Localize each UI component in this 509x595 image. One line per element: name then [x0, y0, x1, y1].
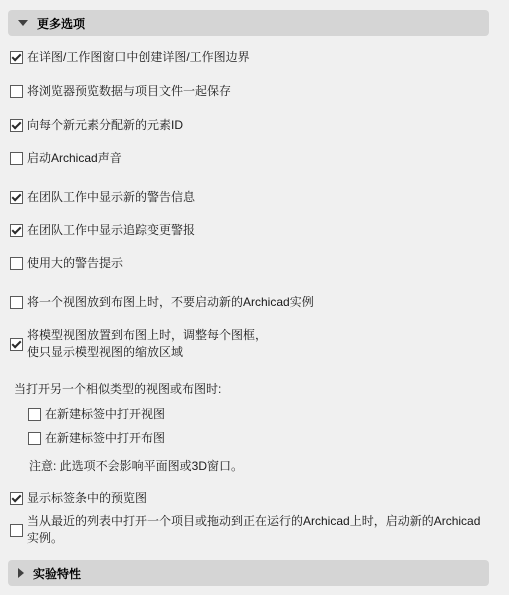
assign-new-element-id-checkbox[interactable] — [10, 119, 23, 132]
section-title-more-options: 更多选项 — [37, 15, 85, 32]
checkbox-label: 在详图/工作图窗口中创建详图/工作图边界 — [27, 49, 250, 65]
open-layout-in-new-tab-checkbox[interactable] — [28, 432, 41, 445]
open-similar-note: 注意: 此选项不会影响平面图或3D窗口。 — [29, 458, 501, 474]
checkbox-row-open-view-in-new-tab[interactable]: 在新建标签中打开视图 — [28, 406, 501, 422]
checkbox-label: 在新建标签中打开布图 — [45, 430, 165, 446]
tab-bar-previews-checkbox[interactable] — [10, 492, 23, 505]
large-warning-tooltips-checkbox[interactable] — [10, 257, 23, 270]
archicad-sounds-checkbox[interactable] — [10, 152, 23, 165]
section-header-experimental[interactable]: 实验特性 — [8, 560, 489, 586]
new-instance-on-recent-open-checkbox[interactable] — [10, 524, 23, 537]
checkbox-label: 在团队工作中显示新的警告信息 — [27, 189, 195, 205]
checkbox-label: 显示标签条中的预览图 — [27, 490, 147, 506]
checkbox-row-archicad-sounds[interactable]: 启动Archicad声音 — [10, 150, 501, 166]
preferences-panel: 更多选项 在详图/工作图窗口中创建详图/工作图边界 将浏览器预览数据与项目文件一… — [0, 0, 509, 586]
checkbox-row-save-navigator-preview[interactable]: 将浏览器预览数据与项目文件一起保存 — [10, 83, 501, 99]
checkbox-row-assign-new-element-id[interactable]: 向每个新元素分配新的元素ID — [10, 117, 501, 133]
checkbox-label: 将模型视图放置到布图上时，调整每个图框， 使只显示模型视图的缩放区域 — [27, 327, 267, 361]
section-title-experimental: 实验特性 — [33, 565, 81, 582]
checkbox-label: 当从最近的列表中打开一个项目或拖动到正在运行的Archicad上时，启动新的Ar… — [27, 513, 480, 547]
checkbox-row-teamwork-track-changes[interactable]: 在团队工作中显示追踪变更警报 — [10, 222, 501, 238]
teamwork-track-changes-checkbox[interactable] — [10, 224, 23, 237]
section-header-more-options[interactable]: 更多选项 — [8, 10, 489, 36]
checkbox-row-new-instance-on-recent-open[interactable]: 当从最近的列表中打开一个项目或拖动到正在运行的Archicad上时，启动新的Ar… — [10, 513, 501, 547]
checkbox-row-tab-bar-previews[interactable]: 显示标签条中的预览图 — [10, 490, 501, 506]
adjust-drawing-frame-checkbox[interactable] — [10, 338, 23, 351]
open-view-in-new-tab-checkbox[interactable] — [28, 408, 41, 421]
checkbox-label: 使用大的警告提示 — [27, 255, 123, 271]
checkbox-label: 启动Archicad声音 — [27, 150, 122, 166]
checkbox-label: 向每个新元素分配新的元素ID — [27, 117, 183, 133]
triangle-right-icon — [18, 568, 24, 578]
more-options-rows: 在详图/工作图窗口中创建详图/工作图边界 将浏览器预览数据与项目文件一起保存 向… — [8, 49, 501, 547]
teamwork-new-warnings-checkbox[interactable] — [10, 191, 23, 204]
checkbox-label: 将一个视图放到布图上时，不要启动新的Archicad实例 — [27, 294, 314, 310]
save-navigator-preview-checkbox[interactable] — [10, 85, 23, 98]
checkbox-label: 在新建标签中打开视图 — [45, 406, 165, 422]
triangle-down-icon — [18, 20, 28, 26]
checkbox-row-open-layout-in-new-tab[interactable]: 在新建标签中打开布图 — [28, 430, 501, 446]
open-similar-group-label: 当打开另一个相似类型的视图或布图时: — [14, 381, 501, 397]
detail-boundary-checkbox[interactable] — [10, 51, 23, 64]
no-new-instance-on-view-drop-checkbox[interactable] — [10, 296, 23, 309]
checkbox-row-no-new-instance-on-view-drop[interactable]: 将一个视图放到布图上时，不要启动新的Archicad实例 — [10, 294, 501, 310]
checkbox-label: 将浏览器预览数据与项目文件一起保存 — [27, 83, 231, 99]
checkbox-row-teamwork-new-warnings[interactable]: 在团队工作中显示新的警告信息 — [10, 189, 501, 205]
checkbox-row-large-warning-tooltips[interactable]: 使用大的警告提示 — [10, 255, 501, 271]
checkbox-row-adjust-drawing-frame[interactable]: 将模型视图放置到布图上时，调整每个图框， 使只显示模型视图的缩放区域 — [10, 327, 501, 361]
checkbox-label: 在团队工作中显示追踪变更警报 — [27, 222, 195, 238]
checkbox-row-detail-boundary[interactable]: 在详图/工作图窗口中创建详图/工作图边界 — [10, 49, 501, 65]
